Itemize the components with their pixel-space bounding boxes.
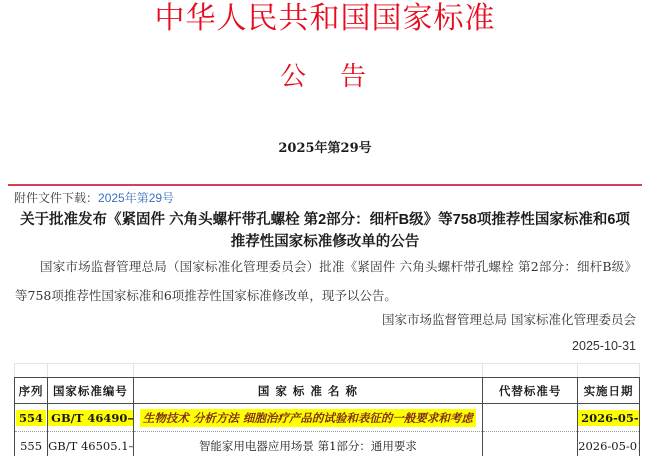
column-header-seq: 序列 xyxy=(15,378,48,404)
name-cell: 智能家用电器应用场景 第1部分：通用要求 xyxy=(133,432,482,456)
code-cell: GB/T 46490—2025 xyxy=(48,404,134,432)
date-cell: 2026-05-01 xyxy=(578,432,640,456)
attachment-download-line: 附件文件下载：2025年第29号 xyxy=(14,189,636,206)
column-header-replaces: 代替标准号 xyxy=(483,378,578,404)
previous-row-fragment xyxy=(14,363,640,377)
column-header-code: 国家标准编号 xyxy=(48,378,134,404)
issuing-authorities: 国家市场监督管理总局 国家标准化管理委员会 xyxy=(14,310,636,328)
document-title: 中华人民共和国国家标准 xyxy=(0,0,650,37)
replaces-cell xyxy=(483,432,578,456)
table-row: 555 GB/T 46505.1—2025 智能家用电器应用场景 第1部分：通用… xyxy=(15,432,640,456)
red-divider xyxy=(8,184,642,186)
announcement-page: { "masthead": { "title": "中华人民共和国国家标准", … xyxy=(0,0,650,456)
column-header-date: 实施日期 xyxy=(578,378,640,404)
name-cell: 生物技术 分析方法 细胞治疗产品的试验和表征的一般要求和考虑 xyxy=(133,404,482,432)
announcement-heading: 关于批准发布《紧固件 六角头螺杆带孔螺栓 第2部分：细杆B级》等758项推荐性国… xyxy=(13,209,637,253)
column-header-name: 国 家 标 准 名 称 xyxy=(133,378,482,404)
table-row: 554 GB/T 46490—2025 生物技术 分析方法 细胞治疗产品的试验和… xyxy=(15,404,640,432)
attachment-link[interactable]: 2025年第29号 xyxy=(98,191,174,205)
standards-table: 序列 国家标准编号 国 家 标 准 名 称 代替标准号 实施日期 554 GB/… xyxy=(14,377,640,456)
announcement-body: 国家市场监督管理总局（国家标准化管理委员会）批准《紧固件 六角头螺杆带孔螺栓 第… xyxy=(15,252,637,310)
seq-cell: 555 xyxy=(15,432,48,456)
replaces-cell xyxy=(483,404,578,432)
attachment-label: 附件文件下载： xyxy=(14,191,98,205)
date-cell: 2026-05-01 xyxy=(578,404,640,432)
standards-table-area: 序列 国家标准编号 国 家 标 准 名 称 代替标准号 实施日期 554 GB/… xyxy=(14,363,640,456)
table-header-row: 序列 国家标准编号 国 家 标 准 名 称 代替标准号 实施日期 xyxy=(15,378,640,404)
seq-cell: 554 xyxy=(15,404,48,432)
publish-date: 2025-10-31 xyxy=(14,339,636,353)
issue-number: 2025年第29号 xyxy=(0,137,650,156)
code-cell: GB/T 46505.1—2025 xyxy=(48,432,134,456)
announcement-subtitle: 公 告 xyxy=(0,56,650,93)
